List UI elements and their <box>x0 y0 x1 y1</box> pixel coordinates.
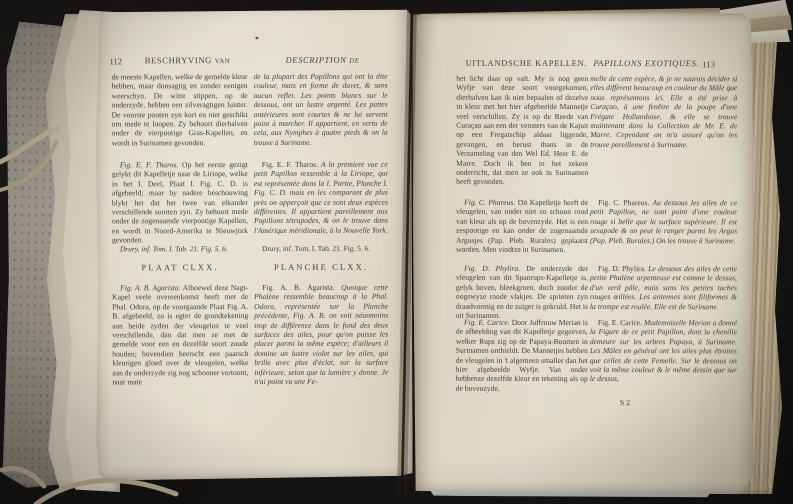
species-name: Fig. C. Phareus. <box>464 198 515 207</box>
paragraph-continuation-dutch: het licht daar op valt. My is nog geen W… <box>456 74 588 187</box>
paragraph-phareus-dutch: Fig. C. Phareus. Dit Kapelletje heeft de… <box>456 198 588 255</box>
paragraph-phareus-french: Fig. C. Phareus. Au dessous les ailes de… <box>590 198 737 245</box>
paragraph-carice-french: Fig. E. Carice. Mademoiselle Merian a do… <box>590 318 737 384</box>
left-page: 112 BESCHRYVING VAN DESCRIPTION DE de me… <box>95 10 412 481</box>
ink-speck <box>255 37 257 39</box>
left-page-dutch-column: de meeste Kapellen, welke de gemelde kle… <box>111 10 248 480</box>
paragraph-agarista-french: Fig. A. B. Agarista. Quoique cette Phalè… <box>254 283 388 387</box>
paragraph-agarista-dutch: Fig. A. B. Agarista. Alhoewel deze Nagt-… <box>112 283 248 387</box>
paragraph-continuation-french: melle de cette espèce, & je ne saurois d… <box>590 74 737 150</box>
plate-heading-dutch: PLAAT CLXX. <box>112 263 248 272</box>
left-page-french-column: de la plupart des Papillons qui ont la d… <box>253 10 388 480</box>
species-name: Fig. E. F. Tharos. <box>120 160 179 169</box>
paragraph-carice-dutch: Fig. E. Carice. Door Juffrouw Merian is … <box>456 318 588 393</box>
paragraph-phylira-french: Fig. D. Phylira. Le dessous des ailes de… <box>590 264 737 311</box>
citation-drury-dutch: Drury, inf. Tom. I. Tab. 21. Fig. 5. 6. <box>112 244 248 254</box>
plate-heading-french: PLANCHE CLXX. <box>254 263 388 272</box>
photographed-book-scene: 112 BESCHRYVING VAN DESCRIPTION DE de me… <box>0 0 793 504</box>
species-name: Fig. A. B. Agarista. <box>120 283 181 292</box>
species-name: Fig. C. Phareus. <box>598 198 649 207</box>
right-page: UITLANDSCHE KAPELLEN. PAPILLONS EXOTIQUE… <box>412 12 755 495</box>
species-name: Fig. D. Phylira. <box>464 264 520 273</box>
paragraph-continuation-french: de la plupart des Papillons qui ont la d… <box>254 72 388 148</box>
citation-drury-french: Drury, inf. Tom. I. Tab. 21. Fig. 5. 6. <box>254 244 388 254</box>
paragraph-phylira-dutch: Fig. D. Phylira. De onderzyde der vleuge… <box>456 264 588 321</box>
species-name: Fig. E. Carice. <box>464 318 510 327</box>
paragraph-continuation-dutch: de meeste Kapellen, welke de gemelde kle… <box>112 72 248 148</box>
species-name: Fig. D. Phylira. <box>598 264 646 273</box>
signature-mark: S 2 <box>620 398 630 407</box>
right-page-french-column: melle de cette espèce, & je ne saurois d… <box>590 12 738 494</box>
right-page-dutch-column: het licht daar op valt. My is nog geen W… <box>456 12 589 494</box>
species-name: Fig. E. Carice. <box>598 318 642 327</box>
paragraph-tharos-french: Fig. E. F. Tharos. A la premiere vue ce … <box>254 160 388 236</box>
species-name: Fig. A. B. Agarista. <box>262 283 335 292</box>
species-name: Fig. E. F. Tharos. <box>262 160 318 169</box>
paragraph-tharos-dutch: Fig. E. F. Tharos. Op het eerste gezigt … <box>112 160 248 245</box>
